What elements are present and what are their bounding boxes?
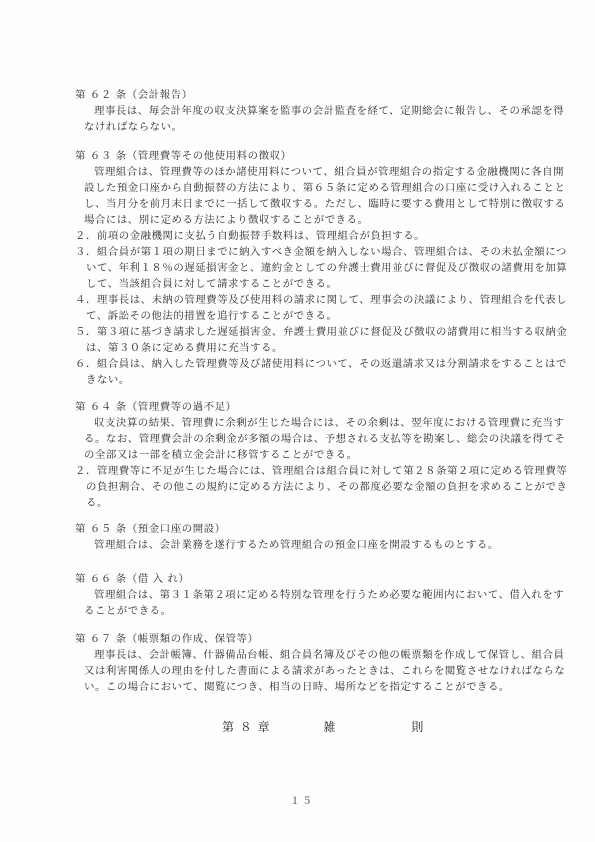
chapter-title-char-2: 則 <box>411 718 424 735</box>
article-63-line: し、当月分を前月末日までに一括して徴収する。ただし、臨時に要する費用として特別に… <box>84 198 565 211</box>
article-63-line: 場合には、別に定める方法により徴収することができる。 <box>84 214 368 227</box>
chapter-title-char-1: 雑 <box>323 718 336 735</box>
chapter-number: 第 ８ 章 <box>222 718 271 735</box>
article-62-heading: 第 ６２ 条（会計報告） <box>75 89 193 102</box>
article-63-line: 管理組合は、管理費等のほか諸使用料について、組合員が管理組合の指定する金融機関に… <box>94 166 564 179</box>
article-67-heading: 第 ６７ 条（帳票類の作成、保管等） <box>75 633 259 646</box>
page-number: １５ <box>290 792 314 807</box>
article-63-line: きない。 <box>86 374 130 387</box>
article-65-heading: 第 ６５ 条（預金口座の開設） <box>75 523 226 536</box>
article-63-line: は、第３０条に定める費用に充当する。 <box>86 342 283 355</box>
article-64-line: 収支決算の結果、管理費に余剰が生じた場合には、その余剰は、翌年度における管理費に… <box>94 417 564 430</box>
chapter-heading: 第 ８ 章 雑 則 <box>222 718 424 735</box>
article-66-heading: 第 ６６ 条（借 入 れ） <box>75 573 190 586</box>
article-67-line: い。この場合において、閲覧につき、相当の日時、場所などを指定することができる。 <box>84 681 510 694</box>
article-63-item-5: ５．第３項に基づき請求した遅延損害金、弁護士費用並びに督促及び徴収の諸費用に相当… <box>75 326 567 339</box>
article-63-line: いて、年利１８％の遅延損害金と、違約金としての弁護士費用並びに督促及び徴収の諸費… <box>86 262 567 275</box>
article-64-line: る。なお、管理費会計の余剰金が多額の場合は、予想される支払等を勘案し、総会の決議… <box>84 433 565 446</box>
article-62-line: 理事長は、毎会計年度の収支決算案を監事の会計監査を経て、定期総会に報告し、その承… <box>94 105 564 118</box>
article-63-heading: 第 ６３ 条（管理費等その他使用料の徴収） <box>75 150 292 163</box>
article-64-line: の全部又は一部を積立金会計に移管することができる。 <box>84 449 358 462</box>
article-63-line: して、当該組合員に対して請求することができる。 <box>86 278 337 291</box>
article-62-line: なければならない。 <box>84 121 182 134</box>
article-63-item-3: ３．組合員が第１項の期日までに納入すべき金額を納入しない場合、管理組合は、その未… <box>75 246 567 259</box>
article-64-heading: 第 ６４ 条（管理費等の過不足） <box>75 401 237 414</box>
article-63-line: 設した預金口座から自動振替の方法により、第６５条に定める管理組合の口座に受け入れ… <box>84 182 565 195</box>
article-66-line: 管理組合は、第３１条第２項に定める特別な管理を行うため必要な範囲内において、借入… <box>94 589 564 602</box>
article-63-line: て、訴訟その他法的措置を追行することができる。 <box>86 310 337 323</box>
document-page: 第 ６２ 条（会計報告） 理事長は、毎会計年度の収支決算案を監事の会計監査を経て… <box>0 0 595 842</box>
article-67-line: 又は利害関係人の理由を付した書面による請求があったときは、これらを閲覧させなけれ… <box>84 665 565 678</box>
article-64-line: の負担割合、その他この規約に定める方法により、その都度必要な金額の負担を求めるこ… <box>86 481 567 494</box>
article-64-item-2: ２．管理費等に不足が生じた場合には、管理組合は組合員に対して第２８条第２項に定め… <box>75 465 567 478</box>
article-64-line: る。 <box>86 497 108 510</box>
article-65-line: 管理組合は、会計業務を遂行するため管理組合の預金口座を開設するものとする。 <box>94 539 499 552</box>
article-63-item-6: ６．組合員は、納入した管理費等及び諸使用料について、その返還請求又は分割請求をす… <box>75 358 567 371</box>
article-63-item-2: ２．前項の金融機関に支払う自動振替手数料は、管理組合が負担する。 <box>75 230 425 243</box>
article-66-line: ることができる。 <box>84 605 172 618</box>
article-67-line: 理事長は、会計帳簿、什器備品台帳、組合員名簿及びその他の帳票類を作成して保管し、… <box>94 649 564 662</box>
article-63-item-4: ４．理事長は、未納の管理費等及び使用料の請求に関して、理事会の決議により、管理組… <box>75 294 567 307</box>
